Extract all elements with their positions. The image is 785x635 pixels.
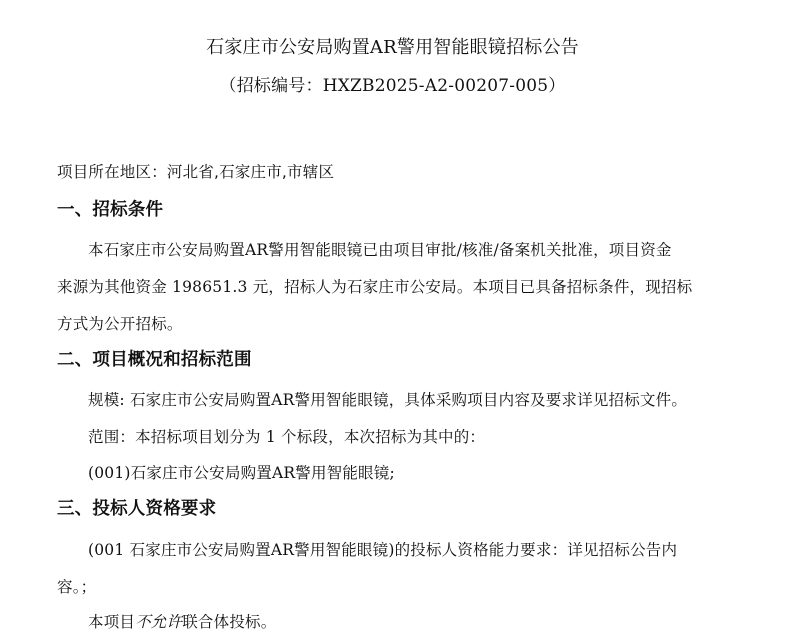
section-3-line-1: (001 石家庄市公安局购置AR警用智能眼镜)的投标人资格能力要求：详见招标公告…	[88, 540, 677, 560]
section-heading-project-overview: 二、项目概况和招标范围	[57, 349, 252, 371]
section-2-scope: 范围：本招标项目划分为 1 个标段，本次招标为其中的：	[88, 427, 485, 447]
section-1-line-3: 方式为公开招标。	[57, 314, 183, 334]
section-2-lot-001: (001)石家庄市公安局购置AR警用智能眼镜;	[88, 463, 395, 483]
section-1-line-1: 本石家庄市公安局购置AR警用智能眼镜已由项目审批/核准/备案机关批准，项目资金	[88, 240, 672, 260]
consortium-prefix: 本项目	[88, 613, 135, 631]
tender-number: （招标编号：HXZB2025-A2-00207-005）	[0, 75, 785, 97]
project-region: 项目所在地区：河北省,石家庄市,市辖区	[57, 162, 334, 182]
section-heading-bidder-qualifications: 三、投标人资格要求	[57, 498, 216, 520]
consortium-emphasis: 不允许	[135, 613, 182, 631]
document-title: 石家庄市公安局购置AR警用智能眼镜招标公告	[0, 37, 785, 59]
section-2-scale: 规模: 石家庄市公安局购置AR警用智能眼镜，具体采购项目内容及要求详见招标文件。	[88, 390, 687, 410]
section-heading-tender-conditions: 一、招标条件	[57, 199, 163, 221]
consortium-suffix: 联合体投标。	[182, 613, 276, 631]
tender-announcement-document: 石家庄市公安局购置AR警用智能眼镜招标公告 （招标编号：HXZB2025-A2-…	[0, 0, 785, 635]
consortium-statement: 本项目不允许联合体投标。	[88, 612, 276, 632]
section-3-line-2: 容。；	[57, 577, 96, 597]
section-1-line-2: 来源为其他资金 198651.3 元，招标人为石家庄市公安局。本项目已具备招标条…	[57, 277, 692, 297]
